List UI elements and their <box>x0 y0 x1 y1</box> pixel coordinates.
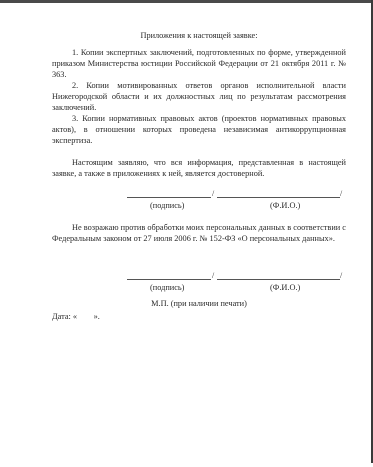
name-line <box>217 279 340 280</box>
date-field: Дата: « ». <box>52 311 100 322</box>
separator-slash: / <box>212 188 214 199</box>
signature-label: (подпись) <box>150 200 184 211</box>
document-page: Приложения к настоящей заявке: 1. Копии … <box>0 3 371 467</box>
separator-slash: / <box>340 270 342 281</box>
attachment-item-3: 3. Копии нормативных правовых актов (про… <box>52 113 346 146</box>
attachment-item-1: 1. Копии экспертных заключений, подготов… <box>52 47 346 80</box>
signature-block-1: / / (подпись) (Ф.И.О.) <box>52 188 346 210</box>
signature-block-2: / / (подпись) (Ф.И.О.) <box>52 270 346 292</box>
name-line <box>217 197 340 198</box>
attachment-item-2: 2. Копии мотивированных ответов органов … <box>52 80 346 113</box>
signature-line <box>127 279 211 280</box>
separator-slash: / <box>212 270 214 281</box>
name-label: (Ф.И.О.) <box>270 282 300 293</box>
signature-label: (подпись) <box>150 282 184 293</box>
separator-slash: / <box>340 188 342 199</box>
declaration-text: Настоящим заявляю, что вся информация, п… <box>52 157 346 179</box>
stamp-note: М.П. (при наличии печати) <box>52 298 346 309</box>
name-label: (Ф.И.О.) <box>270 200 300 211</box>
attachments-title: Приложения к настоящей заявке: <box>52 30 346 41</box>
signature-line <box>127 197 211 198</box>
consent-text: Не возражаю против обработки моих персон… <box>52 222 346 244</box>
